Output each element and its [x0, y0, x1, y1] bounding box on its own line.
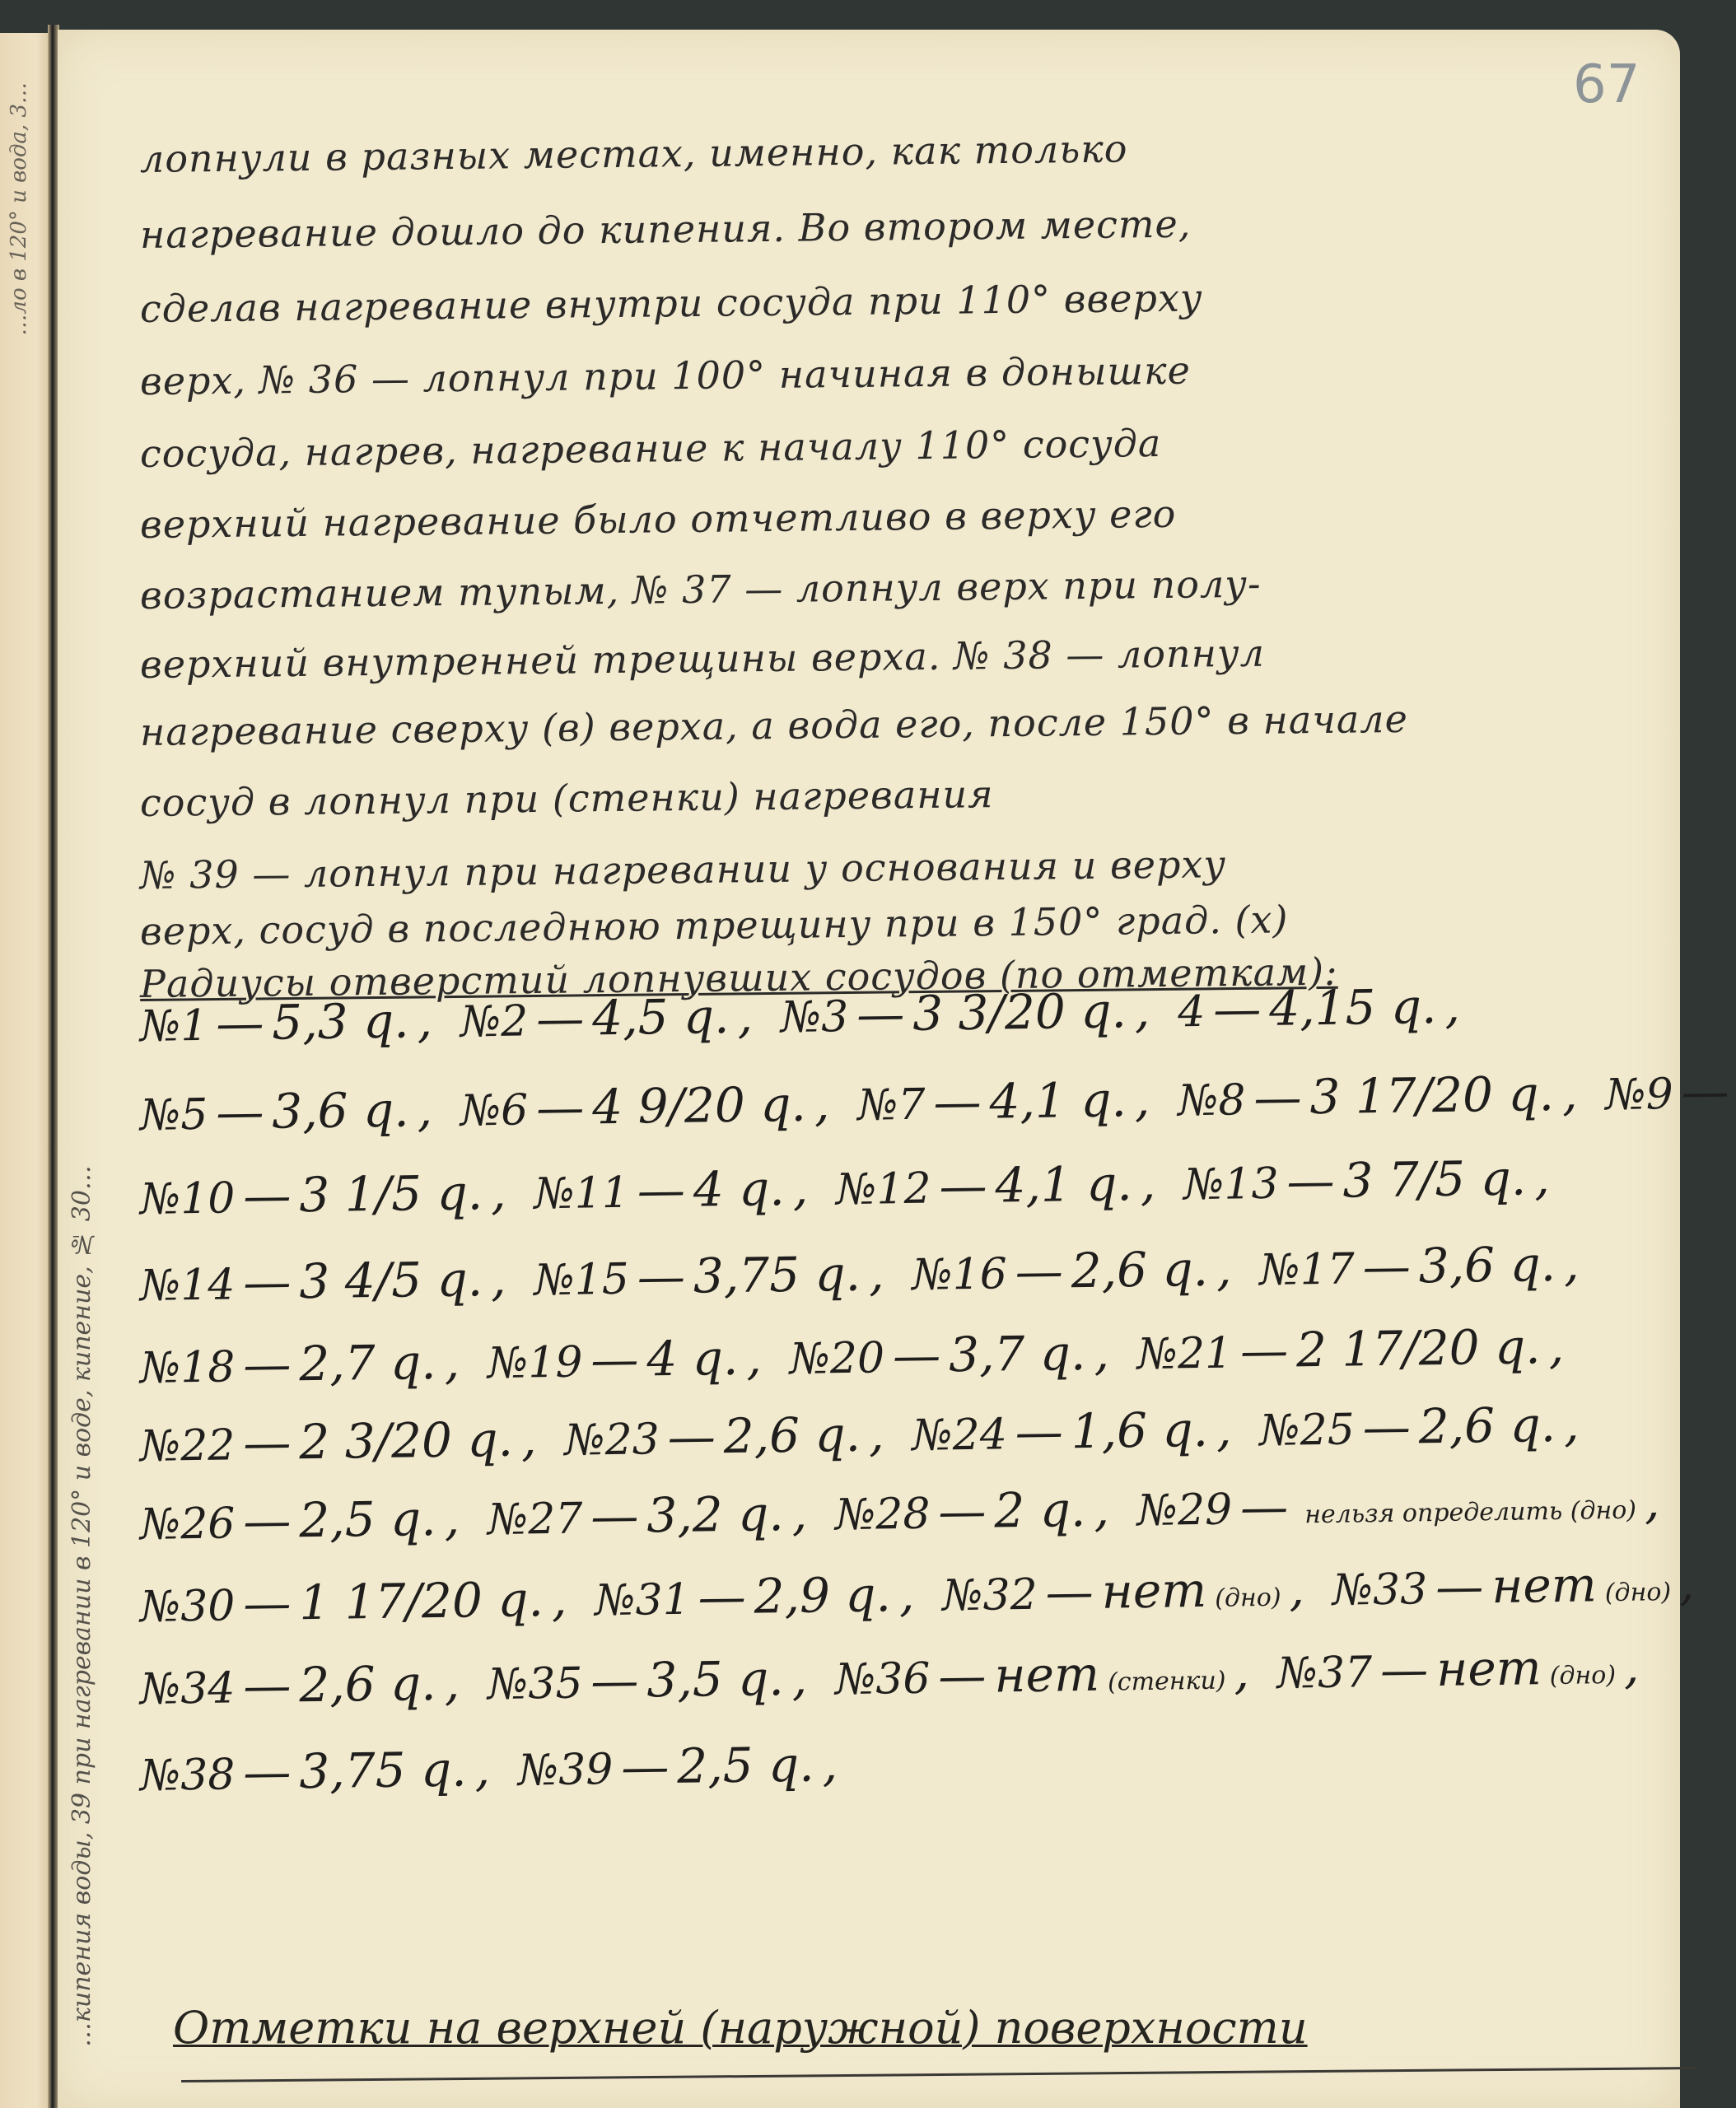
radius-value: 3 17/20 q. [1309, 1066, 1554, 1125]
radius-value: нет [994, 1646, 1099, 1704]
vessel-number: №30 [140, 1581, 236, 1632]
radius-value: 1,6 q. [1071, 1401, 1208, 1459]
measurement-row: №30 — 1 17/20 q.,№31 — 2,9 q.,№32 — нет(… [140, 1555, 1689, 1633]
radius-value: нет [1101, 1562, 1206, 1620]
vessel-number: №36 [835, 1654, 931, 1705]
radius-value: 2,6 q. [1418, 1397, 1556, 1454]
radius-value: 2,9 q. [754, 1566, 891, 1624]
radius-value: 1 17/20 q. [299, 1571, 544, 1630]
measurement-item: №18 — 2,7 q., [140, 1334, 460, 1394]
measurement-item: №20 — 3,7 q., [789, 1325, 1109, 1385]
vessel-number: №20 [789, 1333, 884, 1384]
vessel-number: №39 [518, 1745, 614, 1796]
vessel-number: №26 [140, 1499, 236, 1550]
vessel-number: №9 [1605, 1070, 1673, 1120]
measurement-note: (стенки) [1108, 1667, 1226, 1697]
radius-value: 3,2 q. [646, 1485, 784, 1543]
measurement-item: №6 — 4 9/20 q., [460, 1075, 829, 1136]
prose-line: возрастанием тупым, № 37 — лопнул верх п… [140, 557, 1672, 618]
radius-value: 2,6 q. [1071, 1241, 1208, 1299]
measurement-item: №30 — 1 17/20 q., [140, 1571, 567, 1633]
measurement-note: (дно) [1605, 1578, 1672, 1607]
radius-value: 2,5 q. [299, 1490, 436, 1548]
vessel-number: №34 [140, 1663, 236, 1714]
measurement-item: №34 — 2,6 q., [140, 1655, 460, 1715]
radius-value: 3 7/5 q. [1342, 1150, 1527, 1209]
vessel-number: №11 [534, 1168, 629, 1220]
radius-value: 4 q. [693, 1160, 785, 1218]
measurement-row: №26 — 2,5 q.,№27 — 3,2 q.,№28 — 2 q.,№29… [140, 1473, 1689, 1551]
radius-value: нет [1491, 1556, 1597, 1614]
prose-line: верхний внутренней трещины верха. № 38 —… [140, 627, 1672, 687]
measurement-item: №31 — 2,9 q., [595, 1566, 915, 1626]
measurement-item: №5 — 3,6 q., [140, 1081, 433, 1141]
vessel-number: 4 [1178, 987, 1206, 1037]
measurement-item: №19 — 4 q., [488, 1329, 763, 1389]
radius-value: 3,5 q. [646, 1650, 784, 1708]
measurement-item: №12 — 4,1 q., [836, 1155, 1156, 1215]
measurement-item: №7 — 4,1 q., [857, 1071, 1150, 1131]
radius-value: 2,6 q. [299, 1655, 436, 1713]
measurement-item: №14 — 3 4/5 q., [140, 1251, 506, 1312]
vessel-number: №12 [836, 1164, 931, 1215]
facing-page-edge: …ло в 120° и вода, 3… [0, 33, 51, 2108]
vessel-number: №21 [1136, 1328, 1232, 1379]
radius-value: 2 q. [994, 1481, 1086, 1539]
measurement-item: №2 — 4,5 q., [460, 988, 753, 1048]
vessel-number: №33 [1332, 1565, 1427, 1616]
measurement-item: №9 — 3 4/5 q., [1605, 1060, 1736, 1121]
facing-page-text: …ло в 120° и вода, 3… [7, 82, 31, 336]
radius-value: 4,5 q. [592, 988, 730, 1046]
measurement-item: №8 — 3 17/20 q., [1178, 1066, 1578, 1127]
radius-value: 3,75 q. [693, 1246, 861, 1304]
measurement-row: №14 — 3 4/5 q.,№15 — 3,75 q.,№16 — 2,6 q… [140, 1234, 1689, 1312]
radius-value: 2,5 q. [677, 1737, 814, 1794]
radius-value: 3 3/20 q. [912, 982, 1127, 1042]
vessel-number: №8 [1178, 1075, 1246, 1126]
radius-value: 3,7 q. [949, 1325, 1086, 1383]
measurement-row: №34 — 2,6 q.,№35 — 3,5 q.,№36 — нет(стен… [140, 1638, 1689, 1715]
measurement-item: №23 — 2,6 q., [564, 1406, 884, 1466]
measurement-item: №38 — 3,75 q., [140, 1741, 491, 1802]
vessel-number: №15 [534, 1255, 629, 1306]
vessel-number: №35 [488, 1658, 583, 1709]
measurement-item: №21 — 2 17/20 q., [1136, 1318, 1564, 1380]
vessel-number: №24 [912, 1410, 1007, 1461]
measurement-item: №13 — 3 7/5 q., [1183, 1150, 1550, 1210]
measurement-item: №39 — 2,5 q., [517, 1736, 838, 1796]
measurement-note: (дно) [1215, 1583, 1281, 1613]
measurement-item: 4 — 4,15 q., [1178, 978, 1461, 1038]
page-number: 67 [1573, 54, 1640, 115]
radius-value: 3 4/5 q. [299, 1251, 483, 1309]
measurement-item: №26 — 2,5 q., [140, 1490, 460, 1551]
measurement-item: №22 — 2 3/20 q., [140, 1411, 537, 1472]
vessel-number: №13 [1183, 1159, 1279, 1210]
radius-value: 4,1 q. [995, 1155, 1132, 1213]
measurement-note: (дно) [1550, 1661, 1617, 1691]
radius-value: 2,6 q. [723, 1406, 861, 1464]
measurement-item: №32 — нет(дно), [942, 1560, 1305, 1621]
vessel-number: №28 [835, 1490, 931, 1541]
vessel-number: №2 [460, 996, 529, 1047]
prose-line: верх, сосуд в последнюю трещину при в 15… [140, 893, 1672, 954]
measurement-item: №27 — 3,2 q., [488, 1485, 808, 1546]
underline-rule [181, 2067, 1696, 2082]
vessel-number: №14 [140, 1260, 236, 1311]
measurement-item: №11 — 4 q., [534, 1160, 809, 1220]
radius-value: 4,1 q. [989, 1071, 1127, 1129]
vessel-number: №37 [1276, 1648, 1372, 1699]
radius-value: 3,6 q. [272, 1081, 409, 1139]
vessel-number: №18 [140, 1342, 236, 1393]
radius-value: 5,3 q. [272, 992, 409, 1050]
prose-line: лопнули в разных местах, именно, как тол… [140, 121, 1672, 181]
vessel-number: №27 [488, 1494, 583, 1545]
vessel-number: №10 [140, 1173, 236, 1224]
measurement-item: №33 — нет(дно), [1332, 1555, 1695, 1616]
margin-note: …кипения воды, 39 при нагревании в 120° … [68, 87, 96, 2047]
measurement-row: №10 — 3 1/5 q.,№11 — 4 q.,№12 — 4,1 q.,№… [140, 1148, 1689, 1225]
measurement-item: №36 — нет(стенки), [835, 1644, 1250, 1705]
radius-value: нет [1436, 1639, 1542, 1697]
measurement-note: нельзя определить (дно) [1304, 1496, 1636, 1530]
prose-line: верх, № 36 — лопнул при 100° начиная в д… [140, 343, 1672, 403]
prose-line: сделав нагревание внутри сосуда при 110°… [140, 271, 1672, 331]
radius-value: 4 9/20 q. [592, 1076, 807, 1136]
vessel-number: №31 [595, 1575, 690, 1626]
measurement-item: №37 — нет(дно), [1276, 1639, 1640, 1700]
vessel-number: №19 [488, 1337, 583, 1388]
vessel-number: №17 [1259, 1244, 1355, 1295]
vessel-number: №38 [140, 1750, 236, 1801]
prose-line: верхний нагревание было отчетливо в верх… [140, 487, 1672, 547]
measurement-item: №15 — 3,75 q., [534, 1245, 884, 1306]
measurement-item: №10 — 3 1/5 q., [140, 1164, 506, 1225]
measurement-item: №17 — 3,6 q., [1259, 1236, 1580, 1296]
radius-value: 4 q. [646, 1330, 739, 1387]
radius-value: 4,15 q. [1269, 978, 1437, 1037]
measurement-item: №25 — 2,6 q., [1259, 1397, 1580, 1457]
measurement-item: №3 — 3 3/20 q., [780, 982, 1150, 1043]
radius-value: 3,75 q. [299, 1741, 467, 1799]
radius-value: 3,6 q. [1418, 1236, 1556, 1294]
radius-value: 2,7 q. [299, 1334, 436, 1392]
measurement-item: №24 — 1,6 q., [912, 1401, 1232, 1461]
measurement-item: №29 — нельзя определить (дно), [1136, 1473, 1660, 1537]
vessel-number: №1 [140, 1001, 208, 1052]
vessel-number: №32 [942, 1570, 1038, 1621]
measurement-item: №28 — 2 q., [835, 1481, 1110, 1541]
vessel-number: №3 [781, 992, 849, 1042]
measurement-row: №22 — 2 3/20 q.,№23 — 2,6 q.,№24 — 1,6 q… [140, 1395, 1689, 1472]
measurement-row: №38 — 3,75 q.,№39 — 2,5 q., [140, 1724, 1689, 1802]
radius-value: 2 17/20 q. [1296, 1318, 1541, 1378]
prose-line: нагревание сверху (в) верха, а вода его,… [140, 694, 1672, 754]
prose-line: нагревание дошло до кипения. Во втором м… [140, 197, 1672, 257]
measurement-item: №16 — 2,6 q., [912, 1240, 1232, 1300]
measurement-row: №5 — 3,6 q.,№6 — 4 9/20 q.,№7 — 4,1 q.,№… [140, 1064, 1689, 1141]
radius-value: 3 1/5 q. [299, 1164, 483, 1223]
footer-heading: Отметки на верхней (наружной) поверхност… [173, 2002, 1308, 2054]
vessel-number: №6 [460, 1085, 529, 1136]
manuscript-page: 67 …кипения воды, 39 при нагревании в 12… [58, 30, 1680, 2108]
prose-line: сосуда, нагрев, нагревание к началу 110°… [140, 416, 1672, 476]
vessel-number: №5 [140, 1090, 208, 1140]
prose-line: № 39 — лопнул при нагревании у основания… [140, 837, 1672, 898]
measurement-row: №18 — 2,7 q.,№19 — 4 q.,№20 — 3,7 q.,№21… [140, 1317, 1689, 1394]
vessel-number: №22 [140, 1420, 236, 1471]
vessel-number: №25 [1259, 1405, 1355, 1456]
radius-value: 2 3/20 q. [299, 1411, 514, 1471]
vessel-number: №7 [857, 1080, 926, 1131]
measurement-item: №35 — 3,5 q., [488, 1650, 808, 1710]
vessel-number: №16 [912, 1249, 1007, 1300]
prose-line: сосуд в лопнул при (стенки) нагревания [140, 765, 1672, 825]
measurement-item: №1 — 5,3 q., [140, 992, 433, 1052]
vessel-number: №23 [564, 1415, 660, 1466]
vessel-number: №29 [1136, 1485, 1232, 1536]
